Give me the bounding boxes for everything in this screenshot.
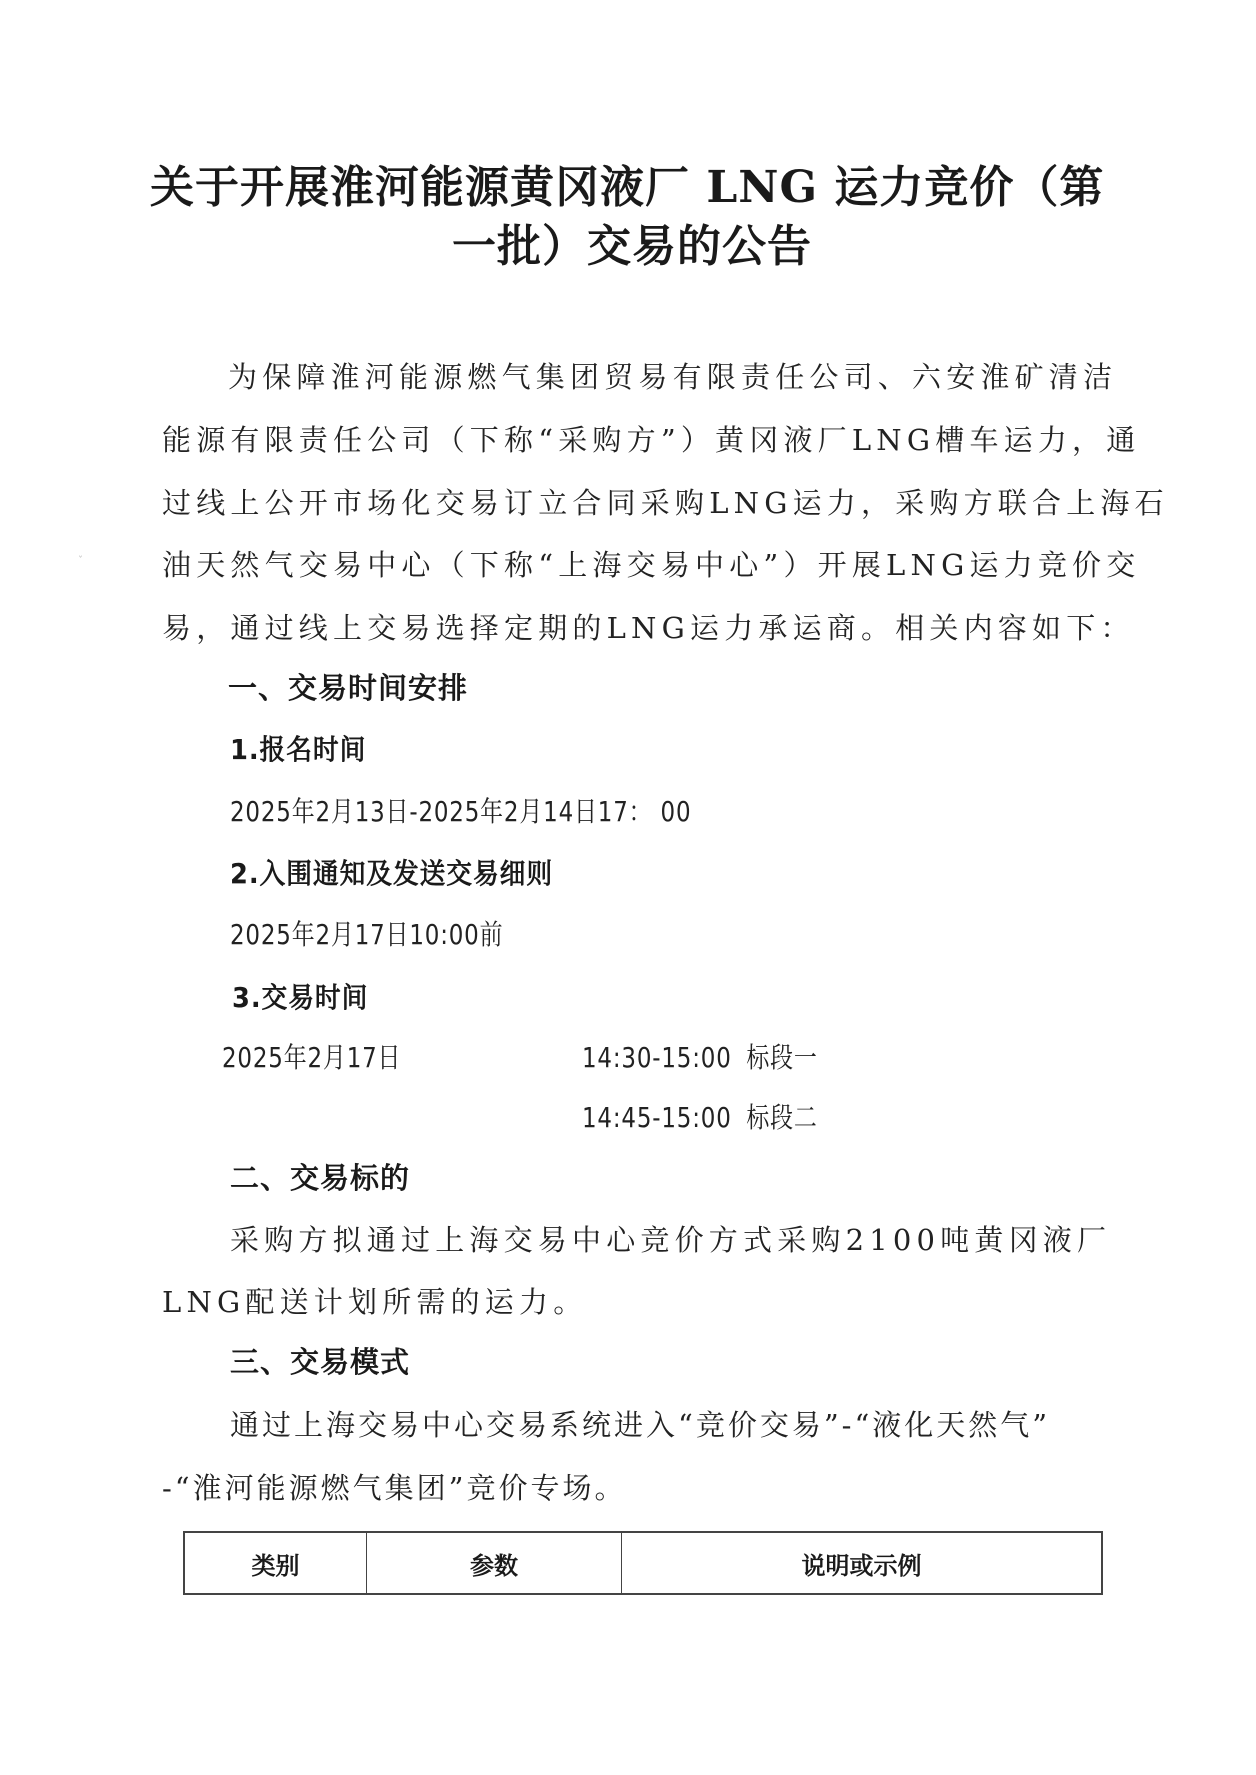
table-header-parameter: 参数 <box>367 1532 622 1594</box>
section-2-line-2: LNG配送计划所需的运力。 <box>162 1284 587 1320</box>
table-header-category: 类别 <box>184 1532 367 1594</box>
document-title-line-1: 关于开展淮河能源黄冈液厂 LNG 运力竞价（第 <box>150 158 1104 218</box>
section-3-heading: 三、交易模式 <box>230 1344 410 1380</box>
registration-time-label: 1.报名时间 <box>230 732 366 768</box>
trading-slot-1: 14:30-15:00 标段一 <box>582 1040 818 1076</box>
shortlist-notice-value: 2025年2月17日10:00前 <box>230 917 503 953</box>
document-title-line-2: 一批）交易的公告 <box>452 217 812 277</box>
section-3-line-2: -“淮河能源燃气集团”竞价专场。 <box>162 1470 626 1506</box>
intro-line-2: 能源有限责任公司（下称“采购方”）黄冈液厂LNG槽车运力，通 <box>162 422 1140 458</box>
section-3-line-1: 通过上海交易中心交易系统进入“竞价交易”-“液化天然气” <box>230 1407 1050 1443</box>
table-header-row: 类别 参数 说明或示例 <box>184 1532 1102 1594</box>
table-header-description: 说明或示例 <box>622 1532 1103 1594</box>
slot-2-lot: 标段二 <box>746 1101 817 1134</box>
section-1-heading: 一、交易时间安排 <box>228 670 468 706</box>
trading-date: 2025年2月17日 <box>222 1040 401 1076</box>
slot-2-time: 14:45-15:00 <box>582 1101 732 1134</box>
trading-slot-2: 14:45-15:00 标段二 <box>582 1100 818 1136</box>
scan-artifact-mark: ˇ <box>78 556 83 567</box>
parameters-table: 类别 参数 说明或示例 <box>183 1531 1103 1595</box>
slot-1-time: 14:30-15:00 <box>582 1041 732 1074</box>
intro-line-5: 易，通过线上交易选择定期的LNG运力承运商。相关内容如下： <box>162 610 1135 646</box>
intro-line-4: 油天然气交易中心（下称“上海交易中心”）开展LNG运力竞价交 <box>162 547 1140 583</box>
shortlist-notice-label: 2.入围通知及发送交易细则 <box>230 856 553 892</box>
intro-line-1: 为保障淮河能源燃气集团贸易有限责任公司、六安淮矿清洁 <box>228 359 1117 395</box>
registration-time-value: 2025年2月13日-2025年2月14日17： 00 <box>230 794 691 830</box>
intro-line-3: 过线上公开市场化交易订立合同采购LNG运力，采购方联合上海石 <box>162 485 1169 521</box>
slot-1-lot: 标段一 <box>746 1041 817 1074</box>
section-2-heading: 二、交易标的 <box>230 1160 410 1196</box>
section-2-line-1: 采购方拟通过上海交易中心竞价方式采购2100吨黄冈液厂 <box>230 1222 1111 1258</box>
trading-time-label: 3.交易时间 <box>232 980 368 1016</box>
